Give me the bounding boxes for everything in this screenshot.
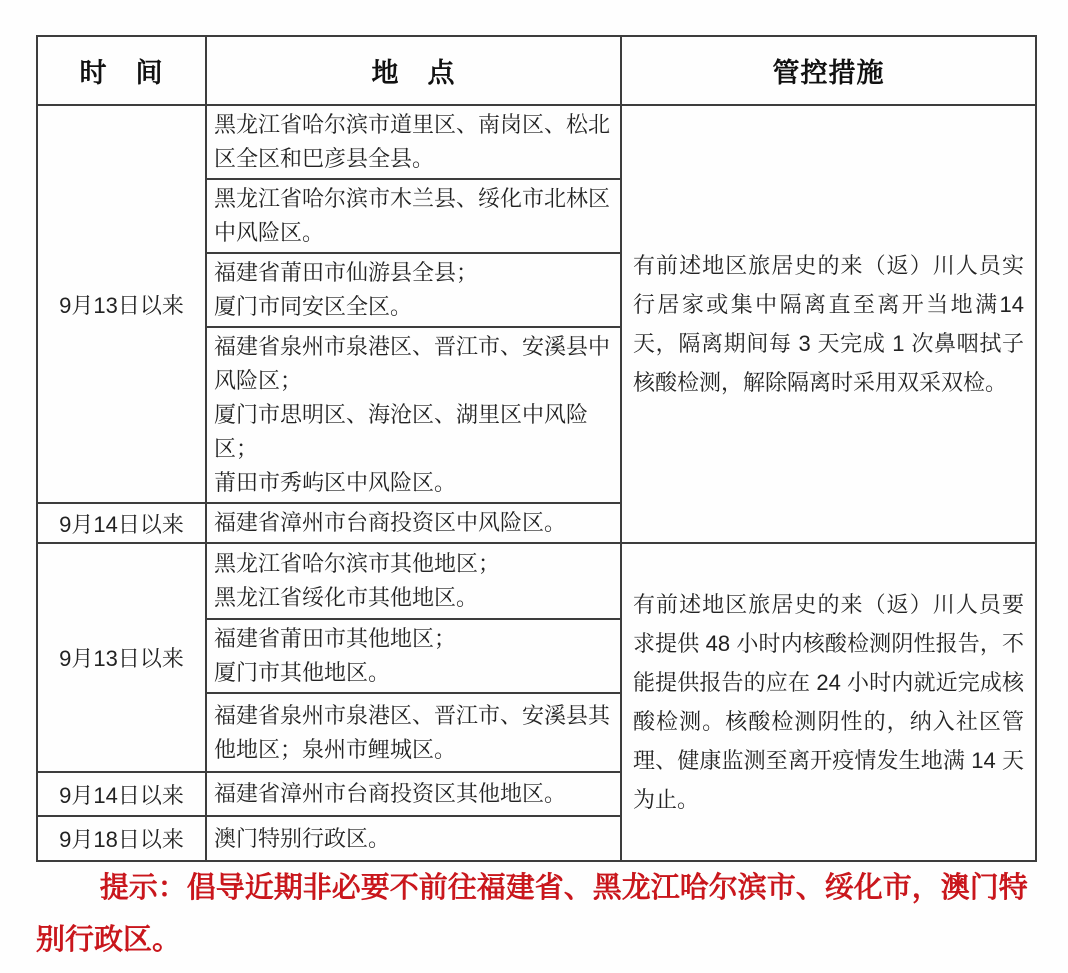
location-text: 黑龙江省哈尔滨市其他地区； bbox=[214, 547, 613, 581]
location-cell: 福建省泉州市泉港区、晋江市、安溪县中风险区； 厦门市思明区、海沧区、湖里区中风险… bbox=[206, 327, 621, 503]
location-cell: 澳门特别行政区。 bbox=[206, 816, 621, 861]
location-cell: 黑龙江省哈尔滨市其他地区； 黑龙江省绥化市其他地区。 bbox=[206, 543, 621, 619]
location-text: 福建省莆田市仙游县全县； bbox=[214, 256, 613, 290]
time-cell: 9月14日以来 bbox=[37, 772, 206, 816]
location-text: 福建省莆田市其他地区； bbox=[214, 622, 613, 656]
measure-cell: 有前述地区旅居史的来（返）川人员实行居家或集中隔离直至离开当地满14天，隔离期间… bbox=[621, 105, 1036, 543]
header-measures: 管控措施 bbox=[621, 36, 1036, 105]
location-text: 福建省漳州市台商投资区其他地区。 bbox=[214, 777, 613, 811]
header-location: 地 点 bbox=[206, 36, 621, 105]
time-cell: 9月18日以来 bbox=[37, 816, 206, 861]
location-cell: 黑龙江省哈尔滨市道里区、南岗区、松北区全区和巴彦县全县。 bbox=[206, 105, 621, 179]
advisory-note: 提示：倡导近期非必要不前往福建省、黑龙江哈尔滨市、绥化市，澳门特别行政区。 bbox=[36, 862, 1036, 966]
location-text: 黑龙江省哈尔滨市道里区、南岗区、松北区全区和巴彦县全县。 bbox=[214, 108, 613, 176]
location-text: 厦门市同安区全区。 bbox=[214, 290, 613, 324]
time-cell: 9月13日以来 bbox=[37, 543, 206, 772]
location-cell: 福建省漳州市台商投资区其他地区。 bbox=[206, 772, 621, 816]
location-cell: 福建省莆田市仙游县全县； 厦门市同安区全区。 bbox=[206, 253, 621, 327]
location-text: 黑龙江省绥化市其他地区。 bbox=[214, 581, 613, 615]
location-text: 厦门市思明区、海沧区、湖里区中风险区； bbox=[214, 398, 613, 466]
time-cell: 9月14日以来 bbox=[37, 503, 206, 543]
risk-control-table: 时 间 地 点 管控措施 9月13日以来 黑龙江省哈尔滨市道里区、南岗区、松北区… bbox=[36, 35, 1037, 862]
table-row: 9月13日以来 黑龙江省哈尔滨市其他地区； 黑龙江省绥化市其他地区。 有前述地区… bbox=[37, 543, 1036, 619]
location-cell: 福建省泉州市泉港区、晋江市、安溪县其他地区；泉州市鲤城区。 bbox=[206, 693, 621, 772]
location-text: 福建省泉州市泉港区、晋江市、安溪县其他地区；泉州市鲤城区。 bbox=[214, 699, 613, 767]
location-cell: 福建省莆田市其他地区； 厦门市其他地区。 bbox=[206, 619, 621, 693]
location-text: 莆田市秀屿区中风险区。 bbox=[214, 466, 613, 500]
location-text: 澳门特别行政区。 bbox=[214, 822, 613, 856]
location-text: 福建省漳州市台商投资区中风险区。 bbox=[214, 506, 613, 540]
header-time: 时 间 bbox=[37, 36, 206, 105]
measure-cell: 有前述地区旅居史的来（返）川人员要求提供 48 小时内核酸检测阴性报告，不能提供… bbox=[621, 543, 1036, 861]
location-text: 黑龙江省哈尔滨市木兰县、绥化市北林区中风险区。 bbox=[214, 182, 613, 250]
header-row: 时 间 地 点 管控措施 bbox=[37, 36, 1036, 105]
time-cell: 9月13日以来 bbox=[37, 105, 206, 503]
location-text: 福建省泉州市泉港区、晋江市、安溪县中风险区； bbox=[214, 330, 613, 398]
page: 时 间 地 点 管控措施 9月13日以来 黑龙江省哈尔滨市道里区、南岗区、松北区… bbox=[0, 0, 1068, 973]
location-cell: 福建省漳州市台商投资区中风险区。 bbox=[206, 503, 621, 543]
location-cell: 黑龙江省哈尔滨市木兰县、绥化市北林区中风险区。 bbox=[206, 179, 621, 253]
table-row: 9月13日以来 黑龙江省哈尔滨市道里区、南岗区、松北区全区和巴彦县全县。 有前述… bbox=[37, 105, 1036, 179]
location-text: 厦门市其他地区。 bbox=[214, 656, 613, 690]
